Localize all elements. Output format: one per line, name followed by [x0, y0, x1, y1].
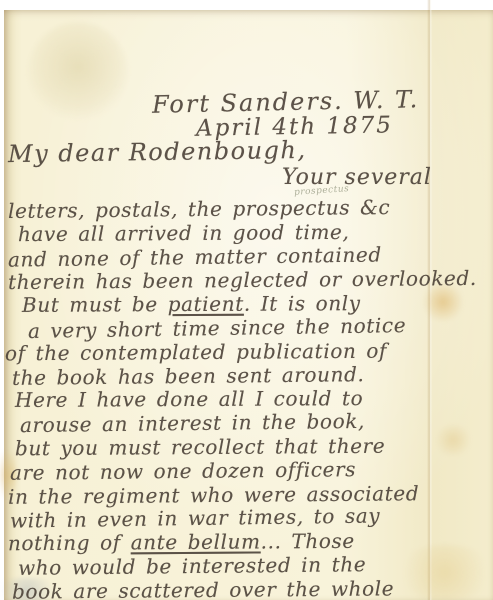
- letter-line: therein has been neglected or overlooked…: [8, 266, 477, 294]
- letter-line: letters, postals, the prospectus &c: [8, 195, 391, 223]
- letter-line-segment: letters, postals, the prospectus &c: [8, 195, 391, 223]
- letter-line-segment: the book has been sent around.: [12, 362, 365, 390]
- letter-line: nothing of ante bellum... Those: [8, 529, 355, 555]
- paper-stain: [395, 545, 493, 600]
- letter-line: but you must recollect that there: [15, 434, 385, 461]
- letter-line: have all arrived in good time,: [18, 220, 350, 246]
- letter-line-segment: nothing of: [8, 531, 131, 556]
- paper-stain: [433, 425, 473, 455]
- letter-line-segment: are not now one dozen officers: [10, 457, 356, 485]
- letter-line: of the contemplated publication of: [5, 338, 387, 365]
- letter-line-segment: But must be: [22, 292, 168, 317]
- letter-line-segment: have all arrived in good time,: [18, 220, 350, 246]
- letter-line-segment: of the contemplated publication of: [5, 338, 387, 365]
- letter-line: are not now one dozen officers: [10, 457, 356, 485]
- scanned-letter: Fort Sanders. W. T. April 4th 1875 My de…: [0, 0, 493, 600]
- letter-line: book are scattered over the whole: [12, 576, 394, 600]
- letter-line-segment: therein has been neglected or overlooked…: [8, 266, 477, 294]
- letter-line-segment: but you must recollect that there: [15, 434, 385, 461]
- letter-line: Here I have done all I could to: [15, 386, 363, 412]
- letter-line: who would be interested in the: [18, 552, 366, 580]
- embossed-watermark: [28, 22, 128, 122]
- salutation: My dear Rodenbough,: [8, 136, 307, 168]
- letter-line: arouse an interest in the book,: [20, 409, 365, 437]
- letter-line-segment: arouse an interest in the book,: [20, 409, 365, 437]
- underlined-phrase: patient: [168, 292, 244, 316]
- letter-line-segment: . It is only: [244, 291, 361, 316]
- letter-line-segment: ... Those: [261, 529, 355, 554]
- letter-line: But must be patient. It is only: [22, 291, 361, 317]
- underlined-phrase: ante bellum: [131, 530, 261, 555]
- letter-line-segment: book are scattered over the whole: [12, 576, 394, 600]
- letter-line-segment: who would be interested in the: [18, 552, 366, 580]
- letter-line-segment: Here I have done all I could to: [15, 386, 363, 412]
- letter-line: the book has been sent around.: [12, 362, 365, 390]
